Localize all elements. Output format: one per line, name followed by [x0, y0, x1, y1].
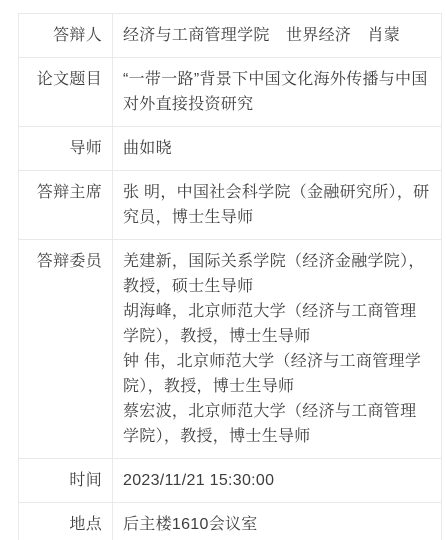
committee-member: 羌建新，国际关系学院（经济金融学院），教授，硕士生导师 [123, 249, 431, 299]
table-row-location: 地点 后主楼1610会议室 [19, 503, 442, 540]
row-label-defense-chair: 答辩主席 [19, 171, 113, 240]
row-value-location: 后主楼1610会议室 [113, 503, 442, 540]
row-label-candidate: 答辩人 [19, 14, 113, 58]
row-label-thesis-title: 论文题目 [19, 58, 113, 127]
committee-member: 胡海峰，北京师范大学（经济与工商管理学院），教授，博士生导师 [123, 299, 431, 349]
table-row-candidate: 答辩人 经济与工商管理学院 世界经济 肖蒙 [19, 14, 442, 58]
row-value-advisor: 曲如晓 [113, 127, 442, 171]
defense-info-table: 答辩人 经济与工商管理学院 世界经济 肖蒙 论文题目 “一带一路”背景下中国文化… [18, 13, 442, 540]
row-value-time: 2023/11/21 15:30:00 [113, 459, 442, 503]
row-label-advisor: 导师 [19, 127, 113, 171]
row-value-committee: 羌建新，国际关系学院（经济金融学院），教授，硕士生导师 胡海峰，北京师范大学（经… [113, 240, 442, 459]
row-value-defense-chair: 张 明，中国社会科学院（金融研究所），研究员，博士生导师 [113, 171, 442, 240]
committee-member: 钟 伟，北京师范大学（经济与工商管理学院），教授，博士生导师 [123, 349, 431, 399]
table-row-advisor: 导师 曲如晓 [19, 127, 442, 171]
row-label-location: 地点 [19, 503, 113, 540]
defense-info-page: 答辩人 经济与工商管理学院 世界经济 肖蒙 论文题目 “一带一路”背景下中国文化… [0, 0, 446, 540]
row-value-candidate: 经济与工商管理学院 世界经济 肖蒙 [113, 14, 442, 58]
table-row-thesis-title: 论文题目 “一带一路”背景下中国文化海外传播与中国对外直接投资研究 [19, 58, 442, 127]
committee-member: 蔡宏波，北京师范大学（经济与工商管理学院），教授，博士生导师 [123, 399, 431, 449]
table-row-defense-chair: 答辩主席 张 明，中国社会科学院（金融研究所），研究员，博士生导师 [19, 171, 442, 240]
table-row-time: 时间 2023/11/21 15:30:00 [19, 459, 442, 503]
row-label-committee: 答辩委员 [19, 240, 113, 459]
row-label-time: 时间 [19, 459, 113, 503]
row-value-thesis-title: “一带一路”背景下中国文化海外传播与中国对外直接投资研究 [113, 58, 442, 127]
table-row-committee: 答辩委员 羌建新，国际关系学院（经济金融学院），教授，硕士生导师 胡海峰，北京师… [19, 240, 442, 459]
